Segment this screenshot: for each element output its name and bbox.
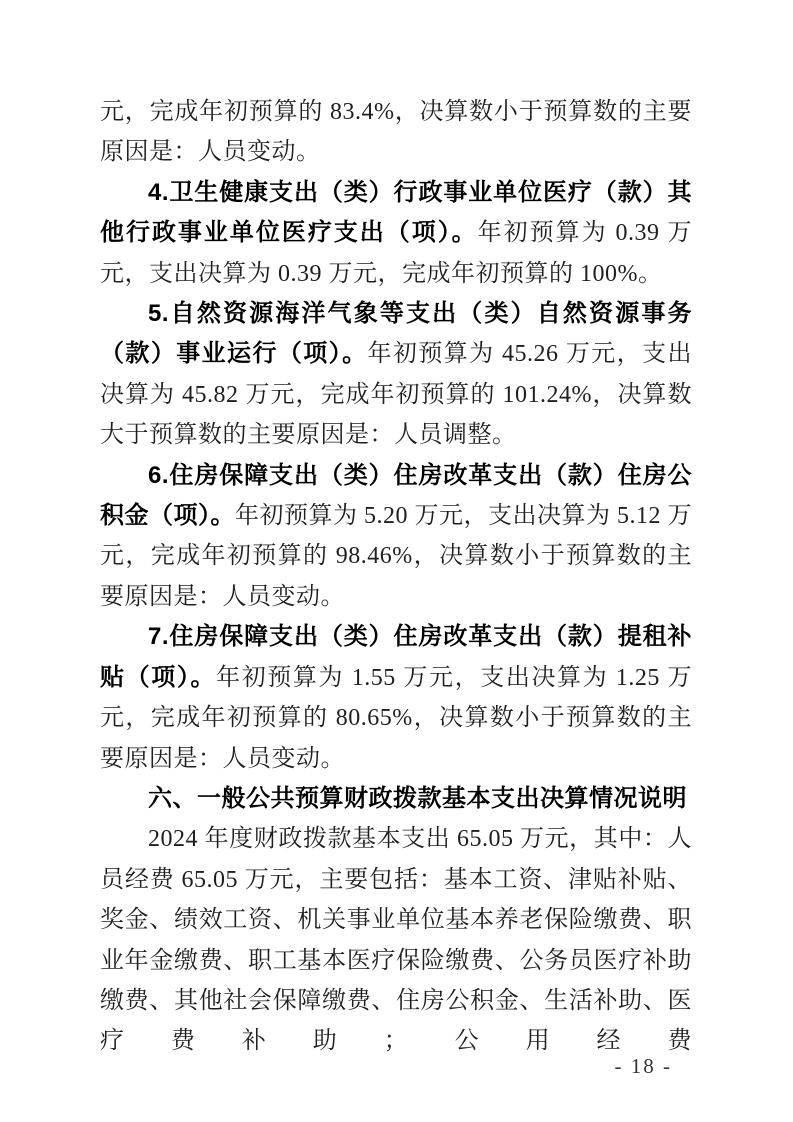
paragraph-item-4: 4.卫生健康支出（类）行政事业单位医疗（款）其他行政事业单位医疗支出（项）。年初… bbox=[100, 173, 692, 294]
page-number: - 18 - bbox=[615, 1054, 673, 1079]
document-page: 元，完成年初预算的 83.4%，决算数小于预算数的主要原因是：人员变动。4.卫生… bbox=[0, 0, 793, 1122]
text-run: 2024 年度财政拨款基本支出 65.05 万元，其中：人员经费 65.05 万… bbox=[100, 826, 692, 1054]
paragraph-item-6: 6.住房保障支出（类）住房改革支出（款）住房公积金（项）。年初预算为 5.20 … bbox=[100, 456, 692, 618]
section-heading-6: 六、一般公共预算财政拨款基本支出决算情况说明 bbox=[100, 779, 692, 819]
paragraph-item-5: 5.自然资源海洋气象等支出（类）自然资源事务（款）事业运行（项）。年初预算为 4… bbox=[100, 294, 692, 456]
bold-text-run: 六、一般公共预算财政拨款基本支出决算情况说明 bbox=[148, 785, 687, 812]
paragraph-basic-expenditure: 2024 年度财政拨款基本支出 65.05 万元，其中：人员经费 65.05 万… bbox=[100, 819, 692, 1061]
document-content: 元，完成年初预算的 83.4%，决算数小于预算数的主要原因是：人员变动。4.卫生… bbox=[100, 92, 692, 1062]
paragraph-item-7: 7.住房保障支出（类）住房改革支出（款）提租补贴（项）。年初预算为 1.55 万… bbox=[100, 617, 692, 779]
document-viewport: { "page": { "background_color": "#ffffff… bbox=[0, 0, 793, 1122]
paragraph-3-continued: 元，完成年初预算的 83.4%，决算数小于预算数的主要原因是：人员变动。 bbox=[100, 92, 692, 173]
text-run: 元，完成年初预算的 83.4%，决算数小于预算数的主要原因是：人员变动。 bbox=[100, 99, 692, 165]
